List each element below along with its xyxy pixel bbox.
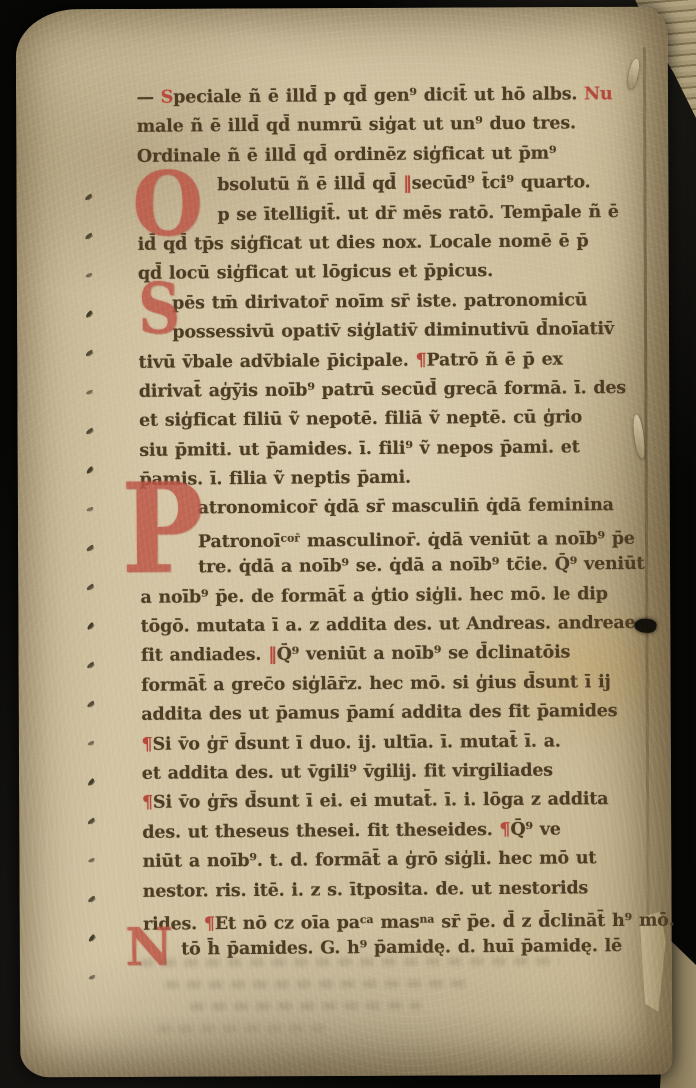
rubric-text: ¶ [142, 793, 153, 813]
prick-mark [87, 741, 94, 746]
prick-mark-column [84, 195, 97, 995]
prick-mark [86, 661, 95, 668]
prick-mark [84, 232, 93, 239]
show-through-line [165, 979, 467, 988]
prick-mark [84, 193, 93, 200]
prick-mark [86, 700, 95, 707]
ink-text: secūd⁹ t̄ci⁹ quarto. [412, 172, 591, 193]
ink-text: sr̄ p̄e. d̄ z d̄clināt̄ h⁹ mō. [434, 910, 674, 932]
ink-text: possessivū opativ̄ sig̍lativ̄ diminutivū… [172, 319, 614, 342]
ink-text: mas [373, 912, 419, 932]
ink-text: Patronoī [198, 531, 281, 552]
manuscript-text-line: tivū v̄bale adv̄biale p̄icipale. ¶Patrō … [138, 344, 674, 378]
prick-mark [87, 817, 96, 824]
ink-text: formāt̄ a grec̄o sig̍lār̄z. hec mō. si g… [141, 672, 611, 696]
ink-text: nestor. ris. itē. i. z s. ītposita. de. … [143, 878, 589, 901]
manuscript-text-line: Patronoīcor̄ masculinor̄. q̇dā veniūt a … [140, 520, 676, 554]
parchment-page: — Speciale ñ ē illd̄ p qd̄ gen⁹ dicit̄ u… [16, 7, 673, 1078]
ink-text: Et nō cz oīa pa [215, 913, 360, 934]
manuscript-text-line: pēs tm̄ dirivator̄ noīm sr̄ iste. patron… [138, 285, 674, 319]
manuscript-text-line: tre. q̇dā a noīb⁹ se. q̇dā a noīb⁹ tc̄ie… [140, 550, 676, 584]
show-through-line [140, 957, 560, 967]
prick-mark [86, 390, 93, 395]
ink-text: na [419, 912, 434, 925]
prick-mark [88, 858, 95, 863]
manuscript-text-line: siu p̄miti. ut p̄amides. ī. fili⁹ ṽ nepo… [139, 432, 675, 466]
ink-text: et addita des. ut v̄gili⁹ v̄gilij. fit v… [142, 761, 553, 784]
illuminated-initial-p: P [121, 467, 204, 592]
ink-text: — [136, 88, 160, 108]
ink-text: des. ut theseus thesei. fit theseides. [142, 820, 499, 843]
manuscript-text-line: formāt̄ a grec̄o sig̍lār̄z. hec mō. si g… [141, 667, 677, 701]
ink-text: tōgō. mutata ī a. z addita des. ut Andre… [141, 613, 636, 637]
manuscript-text-line: tōgō. mutata ī a. z addita des. ut Andre… [141, 609, 677, 643]
manuscript-text-line: niūt a noīb⁹. t. d. formāt̄ a g̍rō sig̍l… [142, 844, 678, 878]
rubric-text: ¶ [142, 734, 153, 754]
prick-mark [87, 934, 96, 942]
manuscript-text-line: bsolutū ñ ē illd̄ qd̄ ‖secūd⁹ t̄ci⁹ quar… [137, 168, 673, 202]
prick-mark [86, 583, 95, 590]
ink-text: Patrō ñ ē p̄ ex [426, 349, 562, 370]
ink-text: Q̄⁹ ve [510, 819, 560, 839]
manuscript-text-line: ¶Si v̄o g̍r̄s d̄sunt ī ei. ei mutat̄. ī.… [142, 785, 678, 819]
illuminated-initial-s: S [138, 274, 180, 344]
manuscript-text-line: p se ītelligit̄. ut dr̄ mēs ratō. Temp̄a… [137, 197, 673, 231]
manuscript-text-line: male ñ ē illd̄ qd̄ numrū sig̍at ut un⁹ d… [137, 109, 673, 143]
ink-text: masculinor̄. q̇dā veniūt a noīb⁹ p̄e [300, 529, 635, 552]
manuscript-text-line: dirivat̄ ag̍ȳis noīb⁹ patrū secūd̄ grecā… [139, 374, 675, 408]
show-through-line [190, 1002, 421, 1011]
manuscript-text-line: a noīb⁹ p̄e. de formāt̄ a g̍tio sig̍li. … [140, 579, 676, 613]
ink-text: bsolutū ñ ē illd̄ qd̄ [217, 174, 403, 195]
manuscript-text-line: des. ut theseus thesei. fit theseides. ¶… [142, 814, 678, 848]
rubric-text: Nu [584, 84, 612, 104]
ink-text: Si v̄o g̍r̄s d̄sunt ī ei. ei mutat̄. ī. … [153, 790, 608, 814]
manuscript-text-line: et addita des. ut v̄gili⁹ v̄gilij. fit v… [142, 756, 678, 790]
manuscript-text-line: — Speciale ñ ē illd̄ p qd̄ gen⁹ dicit̄ u… [136, 80, 672, 114]
ink-text: peciale ñ ē illd̄ p qd̄ gen⁹ dicit̄ ut h… [173, 84, 584, 107]
rubric-text: ‖ [268, 645, 277, 665]
manuscript-text-block: — Speciale ñ ē illd̄ p qd̄ gen⁹ dicit̄ u… [136, 80, 679, 989]
ink-text: fit andiades. [141, 645, 268, 666]
ink-text: dirivat̄ ag̍ȳis noīb⁹ patrū secūd̄ grecā… [139, 378, 626, 402]
prick-mark [87, 778, 96, 786]
ink-text: pēs tm̄ dirivator̄ noīm sr̄ iste. patron… [172, 290, 587, 313]
ink-text: cor̄ [280, 531, 300, 544]
prick-mark [86, 622, 95, 630]
show-through-text [140, 957, 560, 1059]
manuscript-text-line: fit andiades. ‖Q̄⁹ veniūt a noīb⁹ se d̄c… [141, 638, 677, 672]
ink-text: et sig̍ficat filiū ṽ nepotē. filiā ṽ nep… [139, 408, 582, 431]
ink-text: tivū v̄bale adv̄biale p̄icipale. [139, 350, 416, 372]
rubric-text: ¶ [499, 820, 510, 840]
manuscript-text-line: nestor. ris. itē. i. z s. ītposita. de. … [143, 873, 679, 907]
manuscript-text-line: p̄amis. ī. filia ṽ neptis p̄ami. [139, 462, 675, 496]
manuscript-text-line: rides. ¶Et nō cz oīa paca masna sr̄ p̄e.… [143, 903, 679, 937]
show-through-line [157, 1024, 325, 1033]
rubric-text: ¶ [415, 350, 426, 370]
ink-text: addita des ut p̄amus p̄amí addita des fi… [141, 701, 617, 725]
manuscript-photo: { "page": { "description": "medieval par… [0, 0, 696, 1088]
ink-text: id̄ qd̄ tp̄s sig̍ficat ut dies nox. Loca… [138, 231, 589, 255]
manuscript-text-line: atronomicor̄ q̇dā sr̄ masculin̄ q̇dā fem… [140, 491, 676, 525]
prick-mark [87, 895, 96, 902]
manuscript-text-line: id̄ qd̄ tp̄s sig̍ficat ut dies nox. Loca… [138, 227, 674, 261]
ink-text: p se ītelligit̄. ut dr̄ mēs ratō. Temp̄a… [217, 202, 619, 225]
ink-text: qd̄ locū sig̍ficat ut lōgicus et p̄picus… [138, 261, 493, 284]
ink-text: ca [360, 913, 374, 926]
prick-mark [85, 349, 94, 356]
manuscript-text-line: qd̄ locū sig̍ficat ut lōgicus et p̄picus… [138, 256, 674, 290]
manuscript-text-line: Ordinale ñ ē illd̄ qd̄ ordinēz sig̍ficat… [137, 138, 673, 172]
ink-text: Si v̄o g̍r̄ d̄sunt ī duo. ij. ultīa. ī. … [152, 731, 560, 754]
ink-text: Q̄⁹ veniūt a noīb⁹ se d̄clinatōis [277, 643, 571, 665]
ink-text: male ñ ē illd̄ qd̄ numrū sig̍at ut un⁹ d… [137, 114, 576, 137]
prick-mark [88, 975, 95, 980]
prick-mark [85, 427, 94, 434]
manuscript-text-line: ¶Si v̄o g̍r̄ d̄sunt ī duo. ij. ultīa. ī.… [141, 726, 677, 760]
prick-mark [86, 507, 93, 512]
manuscript-text-line: possessivū opativ̄ sig̍lativ̄ diminutivū… [138, 315, 674, 349]
prick-mark [85, 466, 94, 474]
rubric-text: S [161, 88, 174, 108]
manuscript-text-line: addita des ut p̄amus p̄amí addita des fi… [141, 697, 677, 731]
ink-text: tre. q̇dā a noīb⁹ se. q̇dā a noīb⁹ tc̄ie… [198, 554, 644, 578]
illuminated-initial-o: O [132, 159, 203, 248]
prick-mark [85, 310, 94, 318]
ink-text: siu p̄miti. ut p̄amides. ī. fili⁹ ṽ nepo… [139, 437, 579, 460]
prick-mark [85, 273, 92, 278]
ink-text: niūt a noīb⁹. t. d. formāt̄ a g̍rō sig̍l… [142, 848, 596, 872]
ink-text: atronomicor̄ q̇dā sr̄ masculin̄ q̇dā fem… [198, 496, 614, 519]
ink-text: a noīb⁹ p̄e. de formāt̄ a g̍tio sig̍li. … [140, 584, 607, 608]
prick-mark [86, 544, 95, 551]
rubric-text: ¶ [204, 914, 215, 934]
manuscript-text-line: et sig̍ficat filiū ṽ nepotē. filiā ṽ nep… [139, 403, 675, 437]
